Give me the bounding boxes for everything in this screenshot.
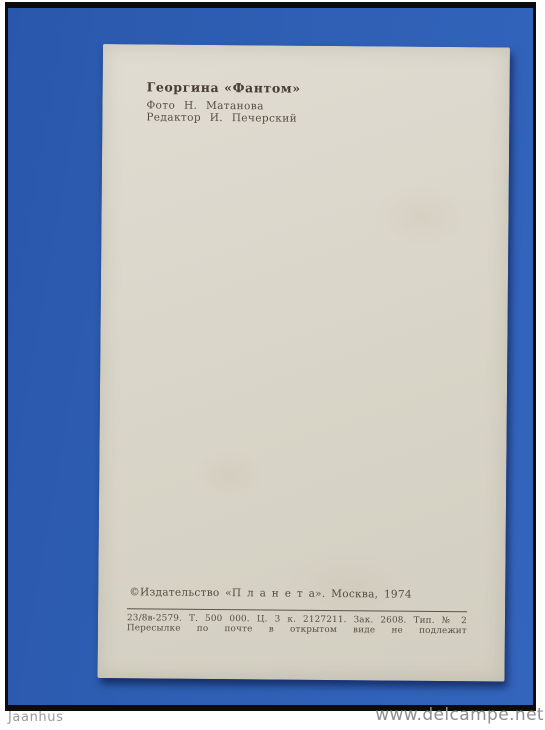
postcard-title: Георгина «Фантом» (147, 80, 510, 97)
delcampe-watermark: www.delcampe.net (375, 705, 544, 725)
seller-watermark: Jaanhus (8, 710, 63, 725)
postcard-header: Георгина «Фантом» Фото Н. Матанова Редак… (102, 44, 510, 127)
photo-frame: Георгина «Фантом» Фото Н. Матанова Редак… (5, 2, 536, 711)
footer-divider (127, 608, 467, 612)
publisher-line: ©Издательство «П л а н е т а». Москва, 1… (129, 586, 467, 602)
postcard-footer: ©Издательство «П л а н е т а». Москва, 1… (127, 586, 467, 636)
postal-notice-line: Пересылке по почте в открытом виде не по… (127, 623, 467, 636)
editor-credit: Редактор И. Печерский (146, 111, 509, 126)
postcard-back: Георгина «Фантом» Фото Н. Матанова Редак… (97, 44, 510, 682)
